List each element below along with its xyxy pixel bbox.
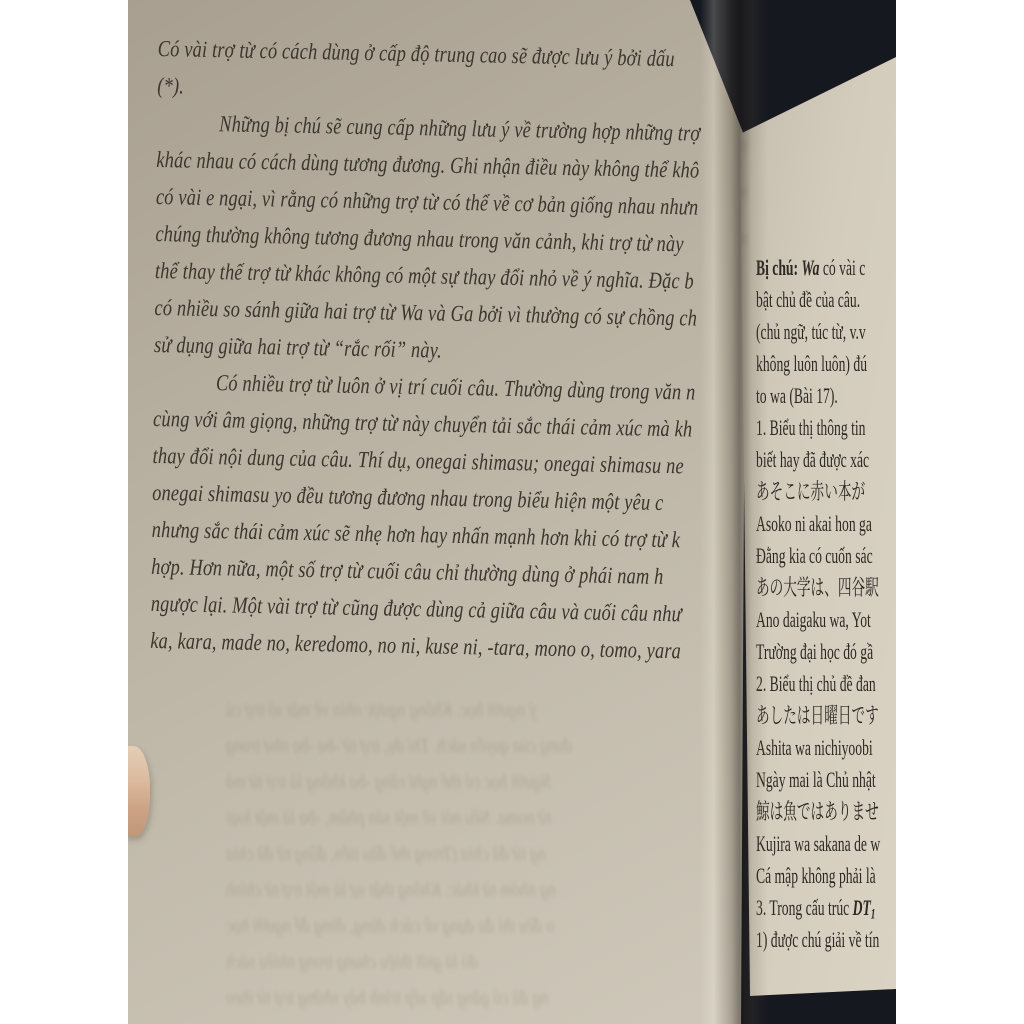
text-segment: 2. Biểu thị chủ đề đan	[756, 671, 876, 696]
text-line: (chủ ngữ, túc từ, v.v	[756, 316, 896, 348]
text-segment: Ngày mai là Chủ nhật	[756, 767, 876, 792]
text-segment: có vài c	[819, 255, 865, 280]
text-line: Người học có thể nghĩ rằng -ba không là …	[226, 764, 786, 800]
text-line: Trường đại học đó gầ	[756, 636, 896, 668]
text-line: Đằng kia có cuốn sác	[756, 540, 896, 572]
text-line: ng từ đã chia (Trong thể đầu tiên, động …	[226, 836, 786, 872]
text-segment: Cá mập không phải là	[756, 863, 876, 888]
text-segment: 1) được chú giải về tín	[756, 927, 879, 952]
text-line: Bị chú: Wa có vài c	[756, 252, 896, 284]
text-segment: biết hay đã được xác	[756, 447, 869, 472]
text-segment: 1	[871, 907, 876, 923]
text-line: Ngày mai là Chủ nhật	[756, 764, 896, 796]
text-line: 1. Biểu thị thông tin	[756, 412, 896, 444]
text-line: to wa (Bài 17).	[756, 380, 896, 412]
text-segment: 鯨は魚ではありませ	[756, 799, 879, 824]
text-line: đó là giới thiệu chung trong nhiều sách	[226, 944, 786, 980]
text-segment: 3. Trong cấu trúc	[756, 895, 853, 920]
text-line: あの大学は、四谷駅	[756, 572, 896, 604]
text-segment: Bị chú:	[756, 255, 801, 280]
text-line: Ashita wa nichiyoobi	[756, 732, 896, 764]
text-segment: Ashita wa nichiyoobi	[756, 735, 873, 760]
left-page-text: Có vài trợ từ có cách dùng ở cấp độ trun…	[150, 30, 750, 671]
text-segment: Kujira wa sakana de w	[756, 831, 880, 856]
right-page-text: Bị chú: Wa có vài cbật chủ đề của câu. (…	[756, 252, 896, 956]
text-line: 2. Biểu thị chủ đề đan	[756, 668, 896, 700]
text-line: Ano daigaku wa, Yot	[756, 604, 896, 636]
text-line: ng nhóm từ khác. Không thật sự là một tr…	[226, 872, 786, 908]
text-segment: あしたは日曜日です	[756, 703, 879, 728]
text-line: Asoko ni akai hon ga	[756, 508, 896, 540]
text-line: Cá mập không phải là	[756, 860, 896, 892]
text-segment: あの大学は、四谷駅	[756, 575, 879, 600]
photo-canvas: ý người học. Không ngược nhìn về mặt số …	[0, 0, 1024, 1024]
text-segment: Asoko ni akai hon ga	[756, 511, 872, 536]
text-line: ng đã có gắng sắp xếp trình bày những tr…	[226, 980, 786, 1016]
text-line: biết hay đã được xác	[756, 444, 896, 476]
text-segment: Ano daigaku wa, Yot	[756, 607, 871, 632]
text-line: o đều thì đa dạng về cách dùng, dùng để …	[226, 908, 786, 944]
text-segment: あそこに赤い本が	[756, 479, 865, 504]
right-page: học hoàn những thứ khácvới nhau trong cá…	[738, 0, 896, 1024]
text-segment: bật chủ đề của câu.	[756, 287, 860, 312]
text-segment: 1. Biểu thị thông tin	[756, 415, 866, 440]
text-line: bật chủ đề của câu.	[756, 284, 896, 316]
text-segment: (chủ ngữ, túc từ, v.v	[756, 319, 866, 344]
text-segment: Trường đại học đó gầ	[756, 639, 873, 664]
text-line: ý người học. Không ngược nhìn về mặt số …	[226, 692, 786, 728]
left-page: ý người học. Không ngược nhìn về mặt số …	[128, 0, 750, 1024]
text-line: あそこに赤い本が	[756, 476, 896, 508]
text-segment: to wa (Bài 17).	[756, 383, 838, 408]
text-line: Kujira wa sakana de w	[756, 828, 896, 860]
text-segment: Wa	[801, 255, 819, 280]
text-segment: Đằng kia có cuốn sác	[756, 543, 873, 568]
text-line: 1) được chú giải về tín	[756, 924, 896, 956]
text-line: từ noma. Nếu nói về một sản phẩm, -ba là…	[226, 800, 786, 836]
left-page-showthrough-text: ý người học. Không ngược nhìn về mặt số …	[226, 692, 786, 1016]
text-line: あしたは日曜日です	[756, 700, 896, 732]
text-segment: DT	[853, 895, 871, 920]
text-segment: không luôn luôn) đú	[756, 351, 867, 376]
text-line: 3. Trong cấu trúc DT1	[756, 892, 896, 924]
text-line: không luôn luôn) đú	[756, 348, 896, 380]
text-line: 鯨は魚ではありませ	[756, 796, 896, 828]
book-photo: ý người học. Không ngược nhìn về mặt số …	[128, 0, 896, 1024]
text-line: dung của quyển sách. Thí dụ, trợ từ -ba …	[226, 728, 786, 764]
